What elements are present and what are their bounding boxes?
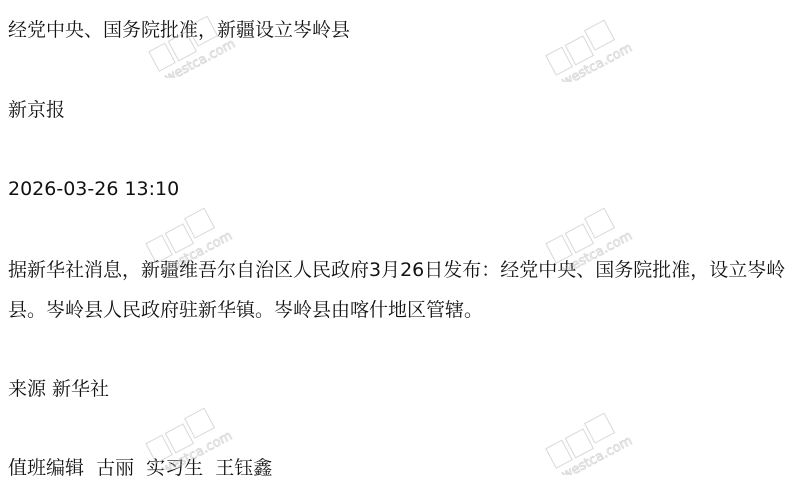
intern-name: 王钰鑫	[215, 457, 272, 479]
publish-datetime: 2026-03-26 13:10	[8, 169, 792, 209]
editor-name: 古丽	[96, 457, 134, 479]
article-source: 来源 新华社	[8, 369, 792, 409]
publisher: 新京报	[8, 90, 792, 130]
editor-label: 值班编辑	[8, 457, 84, 479]
article-body: 据新华社消息，新疆维吾尔自治区人民政府3月26日发布：经党中央、国务院批准，设立…	[8, 250, 792, 330]
intern-label: 实习生	[146, 457, 203, 479]
editor-credits: 值班编辑 古丽 实习生 王钰鑫	[8, 448, 792, 488]
article-title: 经党中央、国务院批准，新疆设立岑岭县	[8, 10, 792, 50]
